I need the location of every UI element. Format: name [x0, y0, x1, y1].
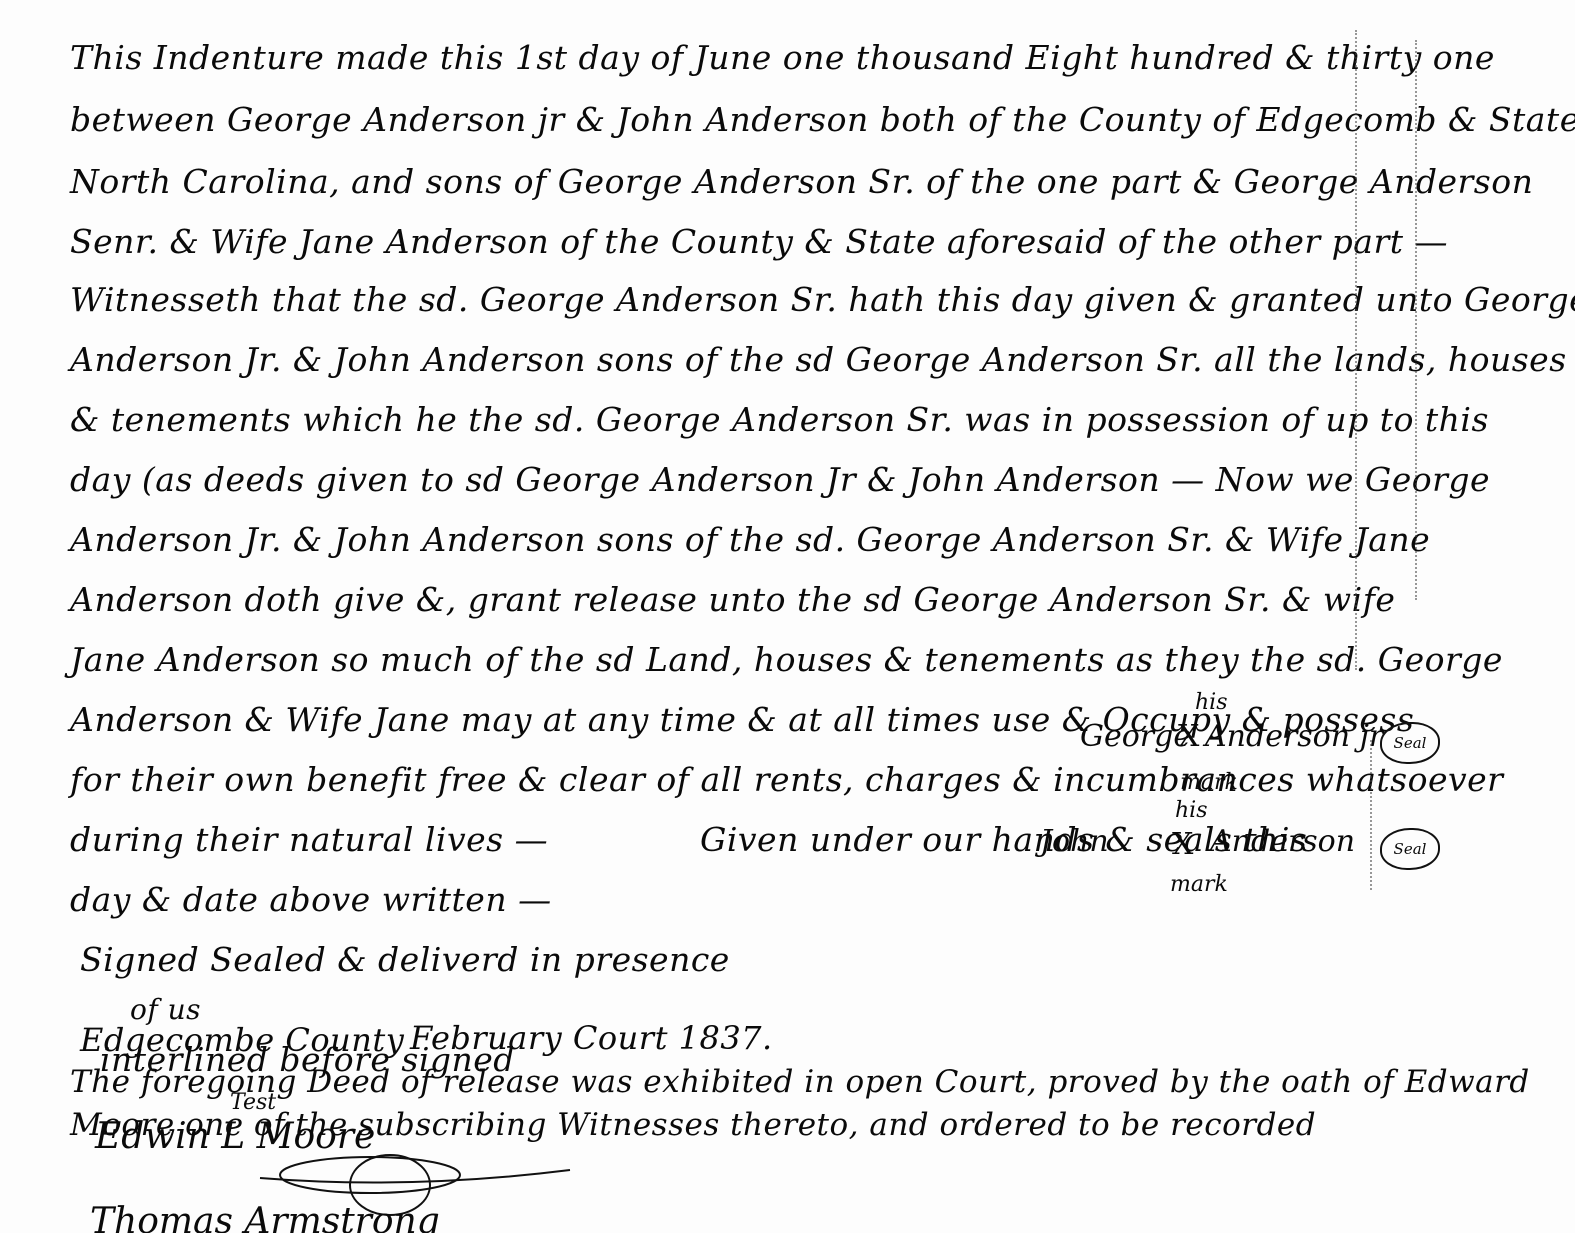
deed-line-7: & tenements which he the sd. George Ande… — [70, 400, 1489, 440]
signatory-2-first: John — [1040, 825, 1109, 859]
mark-x-icon: X — [1178, 720, 1199, 754]
deed-line-1: This Indenture made this 1st day of June… — [70, 38, 1495, 78]
witness-thomas-armstrong: Thomas Armstrong — [90, 1205, 440, 1233]
seal-icon: Seal — [1380, 722, 1440, 764]
deed-line-6: Anderson Jr. & John Anderson sons of the… — [70, 340, 1567, 380]
signatory-2-mark: mark — [1170, 872, 1228, 897]
deed-line-5: Witnesseth that the sd. George Anderson … — [70, 280, 1575, 320]
deed-line-13: for their own benefit free & clear of al… — [70, 760, 1503, 800]
signatory-2-his: his — [1175, 798, 1208, 823]
seal-icon: Seal — [1380, 828, 1440, 870]
scan-artifact — [1355, 30, 1357, 670]
scan-artifact — [1370, 740, 1372, 890]
deed-line-4: Senr. & Wife Jane Anderson of the County… — [70, 222, 1448, 262]
deed-line-11: Jane Anderson so much of the sd Land, ho… — [70, 640, 1503, 680]
signatory-1-his: his — [1195, 690, 1228, 715]
signatory-1-mark: mark — [1180, 770, 1238, 795]
signatory-2-last: Anderson — [1210, 825, 1355, 859]
closing-line: day & date above written — — [70, 880, 552, 920]
attestation-line-1: Signed Sealed & deliverd in presence — [80, 940, 730, 980]
court-heading-county: Edgecombe County — [80, 1020, 404, 1060]
deed-line-10: Anderson doth give &, grant release unto… — [70, 580, 1395, 620]
deed-line-9: Anderson Jr. & John Anderson sons of the… — [70, 520, 1430, 560]
deed-line-8: day (as deeds given to sd George Anderso… — [70, 460, 1490, 500]
court-heading-court: February Court 1837. — [410, 1018, 773, 1058]
court-record-line-1: The foregoing Deed of release was exhibi… — [70, 1062, 1530, 1102]
deed-line-2: between George Anderson jr & John Anders… — [70, 100, 1575, 140]
scan-artifact — [1415, 40, 1417, 600]
signatory-1-last: Anderson jr — [1205, 720, 1383, 754]
deed-page: This Indenture made this 1st day of June… — [0, 0, 1575, 1233]
deed-line-14: during their natural lives — — [70, 820, 548, 860]
court-record-line-2: Moore one of the subscribing Witnesses t… — [70, 1105, 1316, 1145]
deed-line-3: North Carolina, and sons of George Ander… — [70, 162, 1533, 202]
mark-x-icon: X — [1172, 828, 1193, 862]
signatory-1-first: George — [1080, 720, 1191, 754]
